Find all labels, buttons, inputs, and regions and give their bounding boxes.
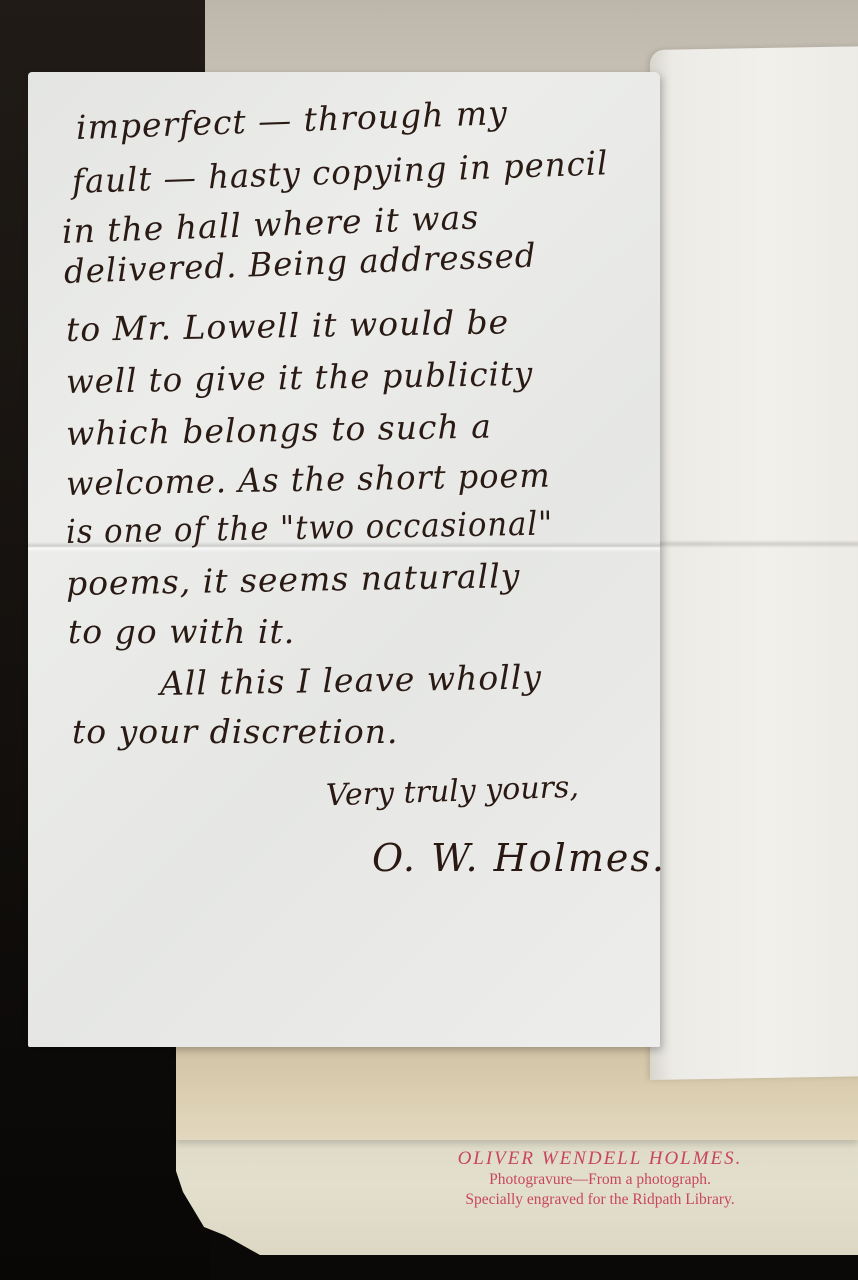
letter-line-12: All this I leave wholly	[160, 657, 543, 703]
right-page-fold	[650, 540, 858, 548]
letter-line-6: well to give it the publicity	[66, 354, 534, 401]
letter-right-page	[650, 46, 858, 1080]
caption-line-1: Photogravure—From a photograph.	[380, 1170, 820, 1190]
caption-line-2: Specially engraved for the Ridpath Libra…	[380, 1190, 820, 1210]
letter-line-13: to your discretion.	[72, 712, 398, 751]
photogravure-caption: OLIVER WENDELL HOLMES. Photogravure—From…	[380, 1148, 820, 1210]
signature: O. W. Holmes.	[372, 836, 666, 880]
letter-page: imperfect — through my fault — hasty cop…	[28, 72, 660, 1047]
letter-line-2: fault — hasty copying in pencil	[71, 143, 609, 201]
letter-line-10: poems, it seems naturally	[66, 556, 521, 603]
letter-closing: Very truly yours,	[325, 770, 579, 814]
caption-name: OLIVER WENDELL HOLMES.	[380, 1148, 820, 1170]
letter-line-5: to Mr. Lowell it would be	[66, 302, 510, 349]
letter-line-11: to go with it.	[68, 612, 295, 651]
letter-line-7: which belongs to such a	[66, 407, 492, 453]
letter-line-1: imperfect — through my	[75, 93, 508, 147]
letter-line-8: welcome. As the short poem	[66, 456, 551, 503]
